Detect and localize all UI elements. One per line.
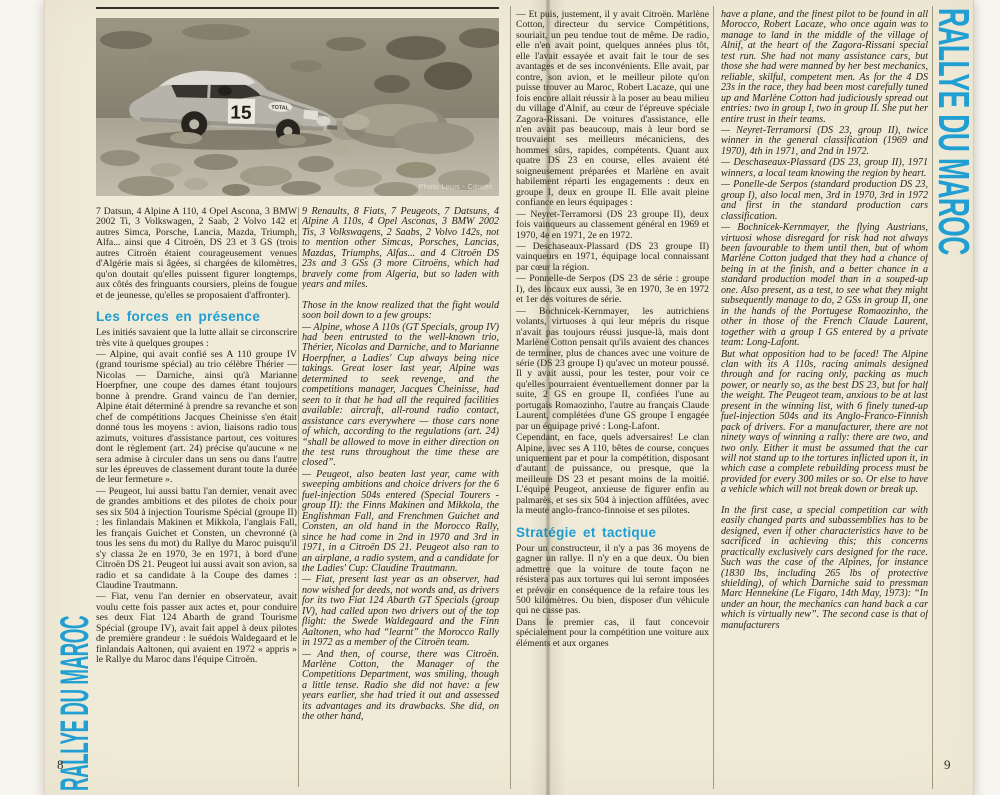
left-column-english: 9 Renaults, 8 Fiats, 7 Peugeots, 7 Datsu… bbox=[302, 207, 499, 789]
paragraph: Les initiés savaient que la lutte allait… bbox=[96, 328, 297, 349]
paragraph: — Alpine, qui avait confié ses A 110 gro… bbox=[96, 350, 297, 486]
paragraph: — Et puis, justement, il y avait Citroën… bbox=[516, 10, 709, 209]
sponsor-logo: TOTAL bbox=[271, 105, 290, 112]
page-number-right: 9 bbox=[944, 757, 951, 773]
car-number: 15 bbox=[230, 103, 252, 124]
paragraph: Les forces en présence bbox=[96, 309, 297, 324]
paragraph: — Neyret-Terramorsi (DS 23, group II), t… bbox=[721, 126, 928, 157]
rally-car-illustration: 15 TOTAL bbox=[96, 18, 499, 196]
paragraph: — And then, of course, there was Citroën… bbox=[302, 650, 499, 723]
left-banner-rallye-du-maroc: RALLYE DU MAROC bbox=[60, 616, 90, 791]
paragraph: Stratégie et tactique bbox=[516, 525, 709, 540]
paragraph: — Ponnelle-de Serpos (DS 23 de série : g… bbox=[516, 274, 709, 305]
column-rule bbox=[298, 207, 299, 787]
left-column-french: 7 Datsun, 4 Alpine A 110, 4 Opel Ascona,… bbox=[96, 207, 297, 789]
paragraph: Dans le premier cas, il faut concevoir s… bbox=[516, 618, 709, 649]
paragraph: — Bochnicek-Kernmayer, the flying Austri… bbox=[721, 223, 928, 348]
paragraph: Those in the know realized that the figh… bbox=[302, 301, 499, 322]
top-rule bbox=[96, 7, 499, 9]
paragraph: — Deschaseaux-Plassard (DS 23 groupe II)… bbox=[516, 242, 709, 273]
paragraph: — Fiat, present last year as an observer… bbox=[302, 575, 499, 648]
right-column-english: have a plane, and the finest pilot to be… bbox=[721, 10, 928, 789]
paragraph: — Deschaseaux-Plassard (DS 23, group II)… bbox=[721, 158, 928, 179]
page-number-left: 8 bbox=[57, 757, 64, 773]
paragraph: 7 Datsun, 4 Alpine A 110, 4 Opel Ascona,… bbox=[96, 207, 297, 301]
paragraph: Pour un constructeur, il n'y a pas 36 mo… bbox=[516, 544, 709, 617]
paragraph: — Peugeot, lui aussi battu l'an dernier,… bbox=[96, 487, 297, 592]
photo-credit: Photo Louis - Citroën bbox=[419, 184, 493, 191]
paragraph: Cependant, en face, quels adversaires! L… bbox=[516, 433, 709, 517]
paragraph: — Alpine, whose A 110s (GT Specials, gro… bbox=[302, 323, 499, 469]
paragraph: — Peugeot, also beaten last year, came w… bbox=[302, 470, 499, 575]
page-edge-rule bbox=[510, 6, 511, 789]
paragraph: — Fiat, venu l'an dernier en observateur… bbox=[96, 592, 297, 665]
paragraph: — Neyret-Terramorsi (DS 23 groupe II), d… bbox=[516, 210, 709, 241]
paragraph: have a plane, and the finest pilot to be… bbox=[721, 10, 928, 125]
right-column-french: — Et puis, justement, il y avait Citroën… bbox=[516, 10, 709, 789]
paragraph: — Bochnicek-Kernmayer, les autrichiens v… bbox=[516, 307, 709, 432]
magazine-scan: 15 TOTAL Ph bbox=[0, 0, 1000, 795]
column-rule bbox=[713, 6, 714, 789]
rally-car-photo: 15 TOTAL Ph bbox=[96, 18, 499, 196]
paragraph: 9 Renaults, 8 Fiats, 7 Peugeots, 7 Datsu… bbox=[302, 207, 499, 291]
paragraph: But what opposition had to be faced! The… bbox=[721, 350, 928, 496]
paragraph: In the first case, a special competition… bbox=[721, 506, 928, 631]
right-banner-rallye-du-maroc: RALLYE DU MAROC bbox=[937, 8, 969, 255]
paragraph: — Ponelle-de Serpos (standard production… bbox=[721, 180, 928, 222]
magazine-spread: 15 TOTAL Ph bbox=[44, 0, 974, 795]
